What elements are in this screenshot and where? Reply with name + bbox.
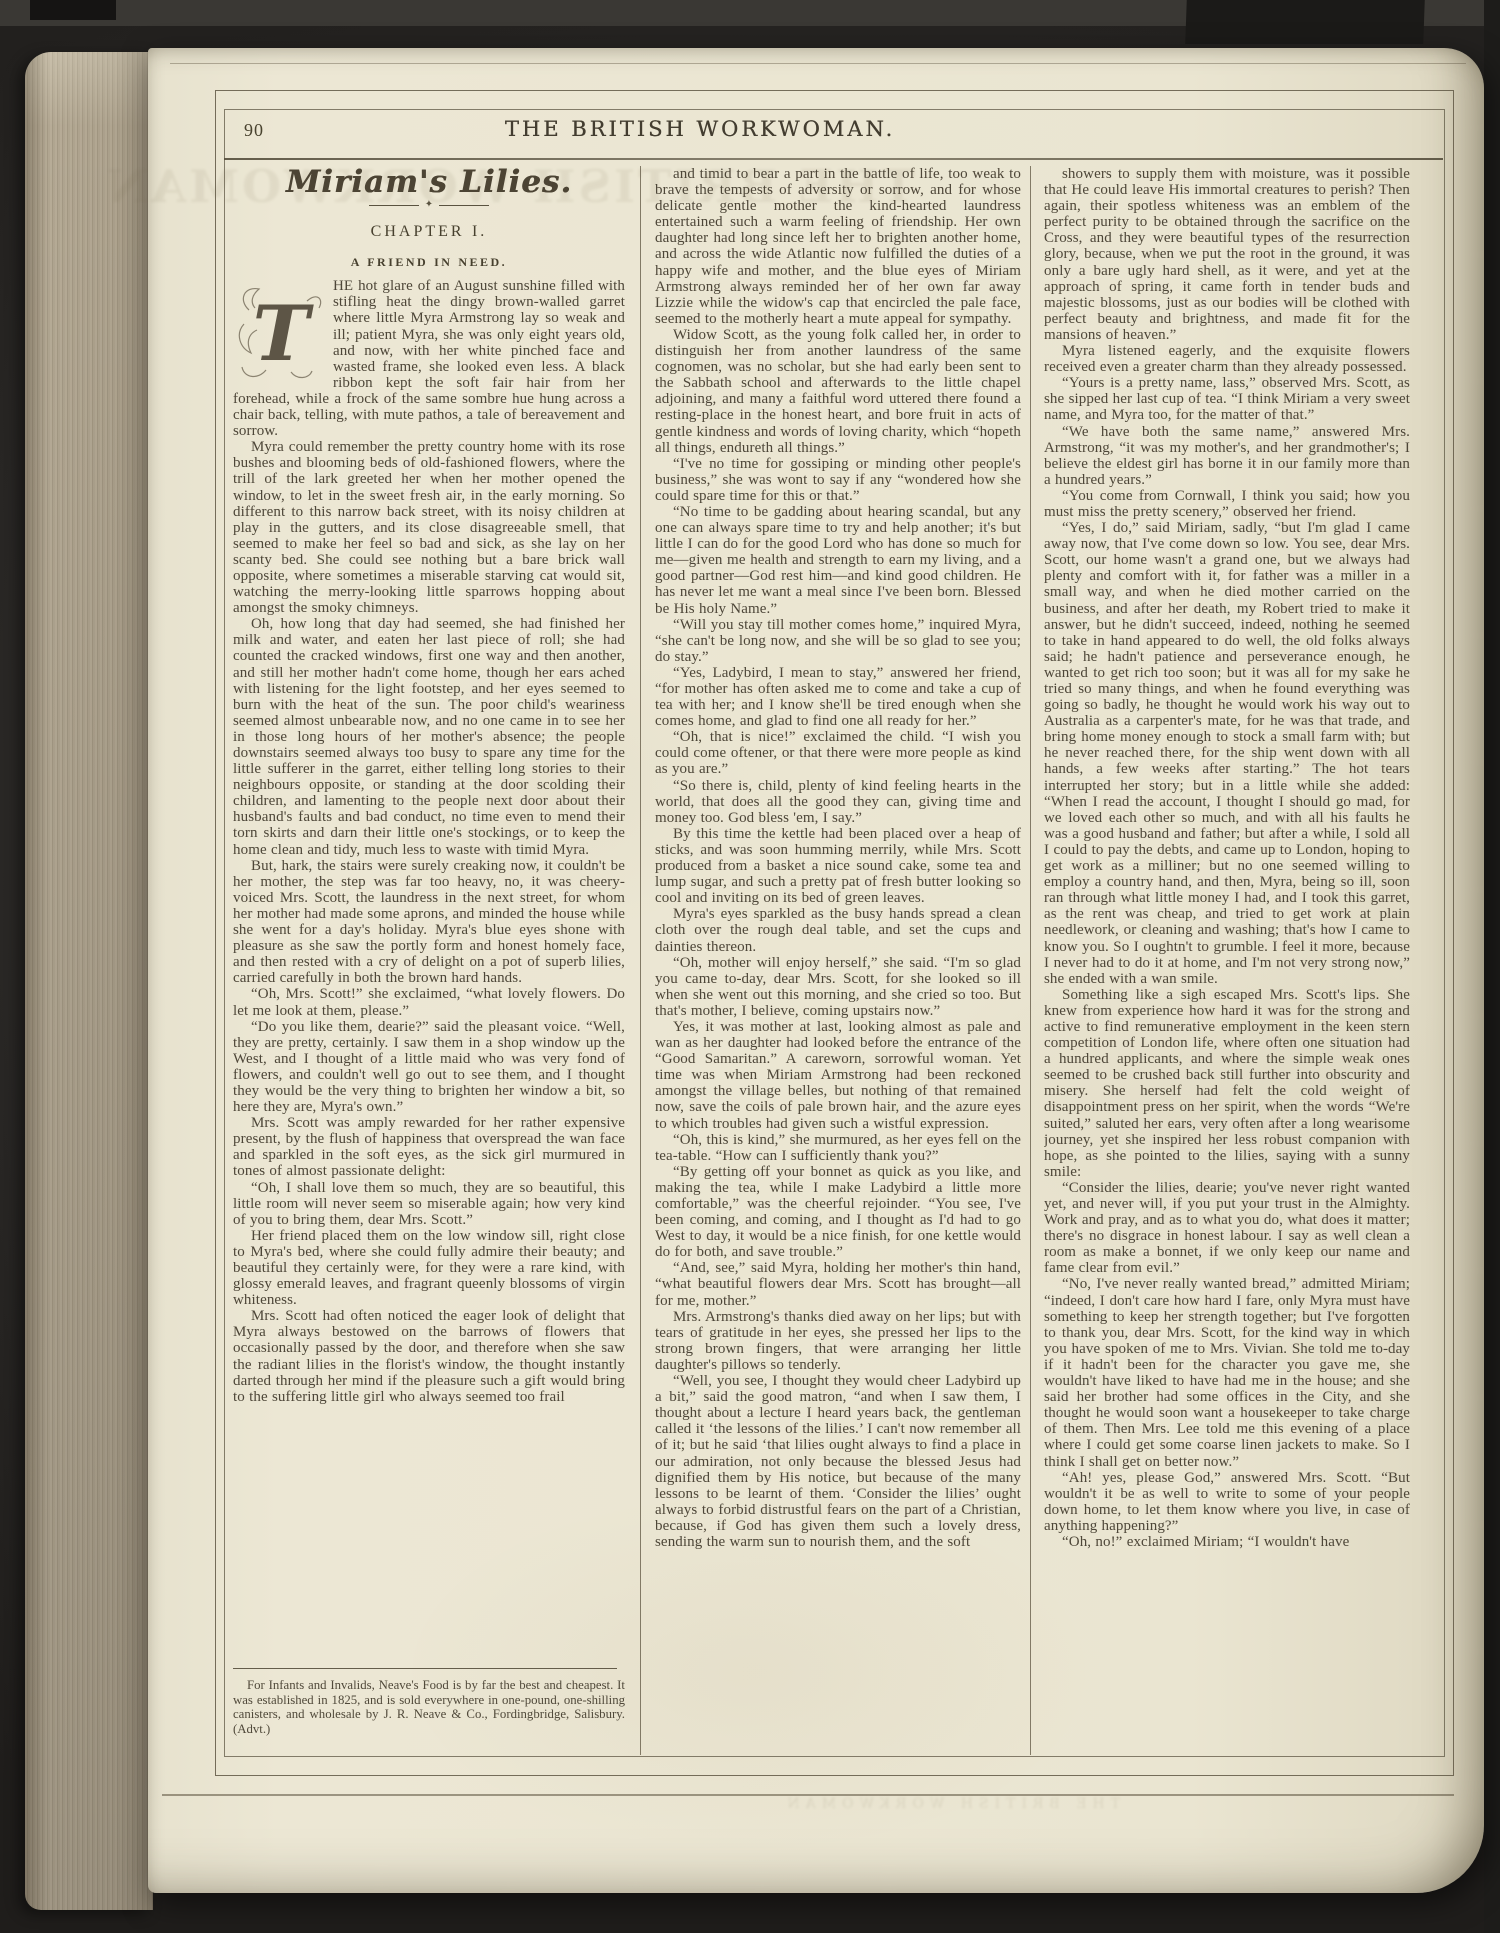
paragraph: Something like a sigh escaped Mrs. Scott… xyxy=(1044,987,1410,1180)
chapter-heading: CHAPTER I. xyxy=(233,224,625,240)
ornament-line-left xyxy=(369,205,419,206)
paragraph: Her friend placed them on the low window… xyxy=(233,1228,625,1308)
paragraph: “Ah! yes, please God,” answered Mrs. Sco… xyxy=(1044,1470,1410,1534)
background-dark-block-left xyxy=(30,0,116,20)
paragraph: Widow Scott, as the young folk called he… xyxy=(655,327,1021,456)
paragraph: “So there is, child, plenty of kind feel… xyxy=(655,778,1021,826)
column-2: and timid to bear a part in the battle o… xyxy=(655,166,1021,1755)
footnote-rule xyxy=(233,1668,617,1669)
page-number: 90 xyxy=(244,120,264,141)
column-divider-2 xyxy=(1030,166,1031,1755)
drop-cap-flourish-icon: T xyxy=(233,280,327,382)
paragraph: showers to supply them with moisture, wa… xyxy=(1044,166,1410,343)
background-right-shade xyxy=(1484,0,1500,1933)
paragraph: “Oh, that is nice!” exclaimed the child.… xyxy=(655,729,1021,777)
paragraph: Mrs. Armstrong's thanks died away on her… xyxy=(655,1309,1021,1373)
column-divider-1 xyxy=(640,166,641,1755)
paragraph: “Yes, I do,” said Miriam, sadly, “but I'… xyxy=(1044,520,1410,987)
paragraph: “Oh, mother will enjoy herself,” she sai… xyxy=(655,955,1021,1019)
paragraph: “Yes, Ladybird, I mean to stay,” answere… xyxy=(655,665,1021,729)
section-heading: A FRIEND IN NEED. xyxy=(233,254,625,270)
paragraph: But, hark, the stairs were surely creaki… xyxy=(233,858,625,987)
page-bottom-edge-line xyxy=(162,1794,1454,1796)
paragraph: “I've no time for gossiping or minding o… xyxy=(655,456,1021,504)
paragraph: “Do you like them, dearie?” said the ple… xyxy=(233,1019,625,1116)
book-page-edges xyxy=(25,52,153,1910)
page-top-edge-line xyxy=(170,63,1466,64)
background-dark-block-right xyxy=(1185,0,1425,44)
column-1-paragraphs: Myra could remember the pretty country h… xyxy=(233,439,625,1405)
paragraph: Myra listened eagerly, and the exquisite… xyxy=(1044,343,1410,375)
scanned-book-photo: THE BRITISH WORKWOMAN THE BRITISH WORKWO… xyxy=(0,0,1500,1933)
paragraph: Yes, it was mother at last, looking almo… xyxy=(655,1019,1021,1132)
masthead-title: THE BRITISH WORKWOMAN. xyxy=(440,117,960,141)
paragraph: By this time the kettle had been placed … xyxy=(655,826,1021,906)
paragraph: “By getting off your bonnet as quick as … xyxy=(655,1164,1021,1261)
footnote-text: For Infants and Invalids, Neave's Food i… xyxy=(233,1678,625,1736)
title-ornament: ✦ xyxy=(369,200,489,210)
paragraph: “You come from Cornwall, I think you sai… xyxy=(1044,488,1410,520)
paragraph: Oh, how long that day had seemed, she ha… xyxy=(233,616,625,857)
drop-cap: T xyxy=(233,280,327,382)
paragraph: “And, see,” said Myra, holding her mothe… xyxy=(655,1260,1021,1308)
paragraph: “No, I've never really wanted bread,” ad… xyxy=(1044,1276,1410,1469)
article-header: Miriam's Lilies. ✦ CHAPTER I. A FRIEND I… xyxy=(233,174,625,270)
article-title: Miriam's Lilies. xyxy=(233,174,625,190)
paragraph: Mrs. Scott was amply rewarded for her ra… xyxy=(233,1115,625,1179)
ornament-line-right xyxy=(439,205,489,206)
paragraph: and timid to bear a part in the battle o… xyxy=(655,166,1021,327)
paragraph: Mrs. Scott had often noticed the eager l… xyxy=(233,1308,625,1405)
paragraph: “Will you stay till mother comes home,” … xyxy=(655,617,1021,665)
paragraph: “Oh, Mrs. Scott!” she exclaimed, “what l… xyxy=(233,986,625,1018)
paragraph: “Oh, no!” exclaimed Miriam; “I wouldn't … xyxy=(1044,1534,1410,1550)
opening-paragraph: THE hot glare of an August sunshine fill… xyxy=(233,278,625,439)
paragraph: “We have both the same name,” answered M… xyxy=(1044,424,1410,488)
paragraph: Myra could remember the pretty country h… xyxy=(233,439,625,616)
column-3: showers to supply them with moisture, wa… xyxy=(1044,166,1410,1755)
paragraph: “Oh, this is kind,” she murmured, as her… xyxy=(655,1132,1021,1164)
drop-cap-letter: T xyxy=(253,289,315,378)
paragraph: “Consider the lilies, dearie; you've nev… xyxy=(1044,1180,1410,1277)
paragraph: Myra's eyes sparkled as the busy hands s… xyxy=(655,906,1021,954)
paragraph: “Well, you see, I thought they would che… xyxy=(655,1373,1021,1550)
paragraph: “No time to be gadding about hearing sca… xyxy=(655,504,1021,617)
ornament-glyph: ✦ xyxy=(425,200,433,210)
footnote-advert: For Infants and Invalids, Neave's Food i… xyxy=(233,1678,625,1736)
paragraph: “Yours is a pretty name, lass,” observed… xyxy=(1044,375,1410,423)
column-1: Miriam's Lilies. ✦ CHAPTER I. A FRIEND I… xyxy=(233,166,625,1662)
paragraph: “Oh, I shall love them so much, they are… xyxy=(233,1180,625,1228)
header-rule xyxy=(224,158,1443,160)
